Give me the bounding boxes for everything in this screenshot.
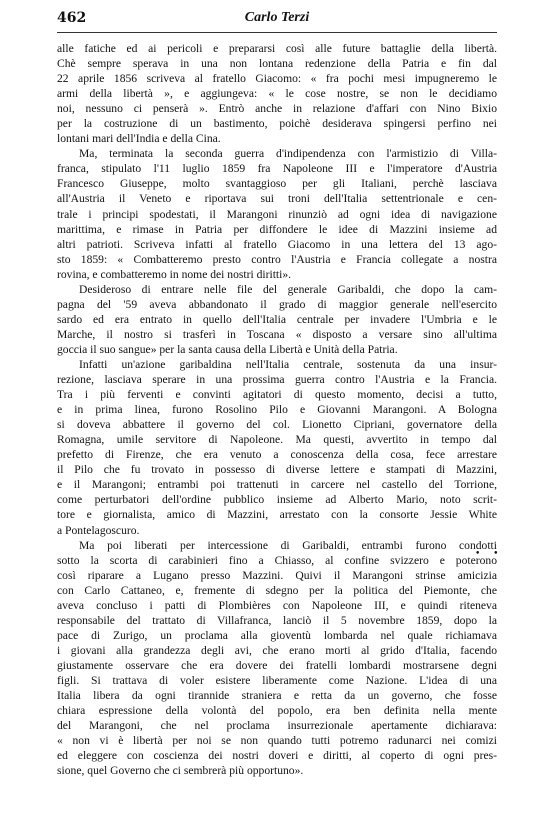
text-line: Italia libera da ogni tirannide stranier…	[57, 688, 497, 703]
ink-marks: • •	[475, 549, 503, 559]
text-line: così riparare a Lugano presso Mazzini. Q…	[57, 568, 497, 583]
text-line: Francesco Giuseppe, molto svantaggioso p…	[57, 176, 497, 191]
paragraph: Ma poi liberati per intercessione di Gar…	[57, 538, 497, 779]
text-line: Marche, il nostro si trasferì in Toscana…	[57, 327, 497, 342]
text-line: altri patrioti. Scriveva infatti al frat…	[57, 237, 497, 252]
text-line: del Marangoni, che nel proclama insurrez…	[57, 718, 497, 733]
text-line: armi della libertà », e aggiungeva: « le…	[57, 86, 497, 101]
text-line: rovina, e combatteremo in nome dei nostr…	[57, 267, 497, 282]
text-line: Ma poi liberati per intercessione di Gar…	[57, 538, 497, 553]
text-line: 22 aprile 1856 scriveva al fratello Giac…	[57, 71, 497, 86]
text-line: Desideroso di entrare nelle file del gen…	[57, 282, 497, 297]
paragraph: Ma, terminata la seconda guerra d'indipe…	[57, 146, 497, 281]
page-body: alle fatiche ed ai pericoli e prepararsi…	[57, 41, 497, 778]
text-line: Infatti un'azione garibaldina nell'Itali…	[57, 357, 497, 372]
paragraph: Desideroso di entrare nelle file del gen…	[57, 282, 497, 357]
text-line: pagna del '59 aveva abbandonato il grado…	[57, 297, 497, 312]
text-line: rezione, lasciava sperare in una prossim…	[57, 372, 497, 387]
text-line: i giovani alla grandezza degli avi, che …	[57, 643, 497, 658]
text-line: franca, stipulato l'11 luglio 1859 fra N…	[57, 161, 497, 176]
text-line: responsabile del trattato di Villafranca…	[57, 613, 497, 628]
text-line: sione, quel Governo che ci sembrerà più …	[57, 763, 497, 778]
text-line: Ma, terminata la seconda guerra d'indipe…	[57, 146, 497, 161]
text-line: trale i principi spodestati, il Marangon…	[57, 207, 497, 222]
text-line: per la costruzione di un bastimento, poi…	[57, 116, 497, 131]
text-line: sto 1859: « Combatteremo presto contro l…	[57, 252, 497, 267]
text-line: noi, nessuno ci penserà ». Entrò anche i…	[57, 101, 497, 116]
text-line: « non vi è libertà per noi se non quando…	[57, 733, 497, 748]
paragraph: alle fatiche ed ai pericoli e prepararsi…	[57, 41, 497, 146]
text-line: si doveva abbattere il governo del col. …	[57, 417, 497, 432]
text-line: a Pontelagoscuro.	[57, 523, 497, 538]
page-header: 462 Carlo Terzi	[57, 10, 497, 30]
text-line: e il Marangoni; entrambi poi trattenuti …	[57, 477, 497, 492]
text-line: e in prima linea, furono Rosolino Pilo e…	[57, 402, 497, 417]
text-line: alle fatiche ed ai pericoli e prepararsi…	[57, 41, 497, 56]
text-line: giustamente osservare che era dovere dei…	[57, 658, 497, 673]
text-line: come perturbatori dell'ordine pubblico i…	[57, 492, 497, 507]
text-line: Romagna, umile servitore di Napoleone. M…	[57, 432, 497, 447]
header-rule	[57, 32, 497, 33]
text-line: pace di Zurigo, un proclama alla giovent…	[57, 628, 497, 643]
text-line: con Carlo Cattaneo, e, fremente di sdegn…	[57, 583, 497, 598]
text-line: Chè sempre sperava in una non lontana re…	[57, 56, 497, 71]
text-line: ed eleggere con coscienza dei nostri dov…	[57, 748, 497, 763]
text-line: figli. Si trattava di voler esistere lib…	[57, 673, 497, 688]
text-line: aveva concluso i patti di Plombières con…	[57, 598, 497, 613]
text-line: lontani mari dell'India e della Cina.	[57, 131, 497, 146]
text-line: sotto la scorta di carabinieri fino a Ch…	[57, 553, 497, 568]
text-line: prefetto di Firenze, che era venuto a co…	[57, 447, 497, 462]
text-line: il Pilo che fu trovato in possesso di di…	[57, 462, 497, 477]
text-line: all'Austria il Veneto e riportava sui tr…	[57, 191, 497, 206]
text-line: tore e giornalista, amico di Mazzini, ar…	[57, 507, 497, 522]
text-line: sardo ed era entrato in quello dell'Ital…	[57, 312, 497, 327]
paragraph: Infatti un'azione garibaldina nell'Itali…	[57, 357, 497, 538]
text-line: chiara espressione della volontà del pop…	[57, 703, 497, 718]
text-line: marittima, e rimase in Patria per diffon…	[57, 222, 497, 237]
text-line: goccia il suo sangue» per la santa causa…	[57, 342, 497, 357]
running-title: Carlo Terzi	[57, 10, 497, 26]
text-line: Tra i più ferventi e convinti agitatori …	[57, 387, 497, 402]
